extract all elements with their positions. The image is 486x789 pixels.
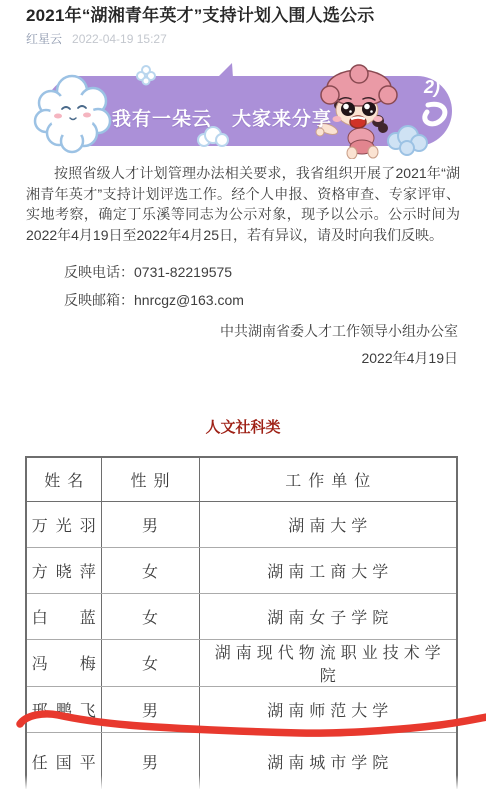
table-row: 白 蓝女湖南女子学院 <box>26 593 457 639</box>
banner-slogan: 我有一朵云 大家来分享 <box>112 104 352 131</box>
feedback-email: 反映邮箱：hnrcgz@163.com <box>26 286 460 314</box>
gender-cell: 男 <box>101 732 199 789</box>
table-row: 邢 鹏 飞男湖南师范大学 <box>26 686 457 732</box>
unit-cell: 湖南现代物流职业技术学院 <box>199 639 457 686</box>
column-header: 工作单位 <box>199 457 457 501</box>
banner-image: 2) <box>26 63 460 159</box>
name-cell: 万 光 羽 <box>26 501 101 547</box>
column-header: 性别 <box>101 457 199 501</box>
article-meta: 红星云2022-04-19 15:27 <box>26 32 460 47</box>
talent-table: 姓名性别工作单位 万 光 羽男湖南大学方 晓 萍女湖南工商大学白 蓝女湖南女子学… <box>25 456 458 789</box>
name-cell: 任 国 平 <box>26 732 101 789</box>
section-title: 人文社科类 <box>26 418 460 438</box>
gender-cell: 女 <box>101 593 199 639</box>
signoff-block: 中共湖南省委人才工作领导小组办公室 2022年4月19日 <box>26 318 460 372</box>
table-row: 万 光 羽男湖南大学 <box>26 501 457 547</box>
table-row: 冯 梅女湖南现代物流职业技术学院 <box>26 639 457 686</box>
source-link[interactable]: 红星云 <box>26 32 62 46</box>
gender-cell: 女 <box>101 547 199 593</box>
table-row: 方 晓 萍女湖南工商大学 <box>26 547 457 593</box>
unit-cell: 湖南大学 <box>199 501 457 547</box>
column-header: 姓名 <box>26 457 101 501</box>
talent-table-header: 姓名性别工作单位 <box>26 457 457 501</box>
name-cell: 方 晓 萍 <box>26 547 101 593</box>
gender-cell: 男 <box>101 686 199 732</box>
svg-text:2): 2) <box>423 77 440 97</box>
feedback-phone: 反映电话：0731-82219575 <box>26 258 460 286</box>
unit-cell: 湖南城市学院 <box>199 732 457 789</box>
announcement-paragraph: 按照省级人才计划管理办法相关要求，我省组织开展了2021年“湖湘青年英才”支持计… <box>26 163 460 245</box>
name-cell: 冯 梅 <box>26 639 101 686</box>
name-cell: 白 蓝 <box>26 593 101 639</box>
gender-cell: 男 <box>101 501 199 547</box>
page-title: 2021年“湖湘青年英才”支持计划入围人选公示 <box>26 5 460 27</box>
publish-timestamp: 2022-04-19 15:27 <box>72 32 167 46</box>
signoff-organization: 中共湖南省委人才工作领导小组办公室 <box>26 318 458 345</box>
table-row: 任 国 平男湖南城市学院 <box>26 732 457 789</box>
unit-cell: 湖南师范大学 <box>199 686 457 732</box>
gender-cell: 女 <box>101 639 199 686</box>
signoff-date: 2022年4月19日 <box>26 345 458 372</box>
article-page: 2021年“湖湘青年英才”支持计划入围人选公示 红星云2022-04-19 15… <box>0 5 486 789</box>
unit-cell: 湖南女子学院 <box>199 593 457 639</box>
name-cell: 邢 鹏 飞 <box>26 686 101 732</box>
unit-cell: 湖南工商大学 <box>199 547 457 593</box>
talent-table-body: 万 光 羽男湖南大学方 晓 萍女湖南工商大学白 蓝女湖南女子学院冯 梅女湖南现代… <box>26 501 457 789</box>
